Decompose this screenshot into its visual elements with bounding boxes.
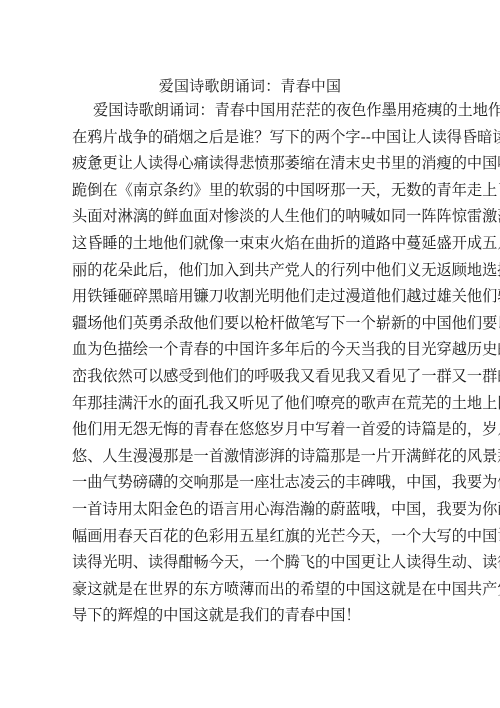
body-line: 丽的花朵此后，他们加入到共产党人的行列中他们义无返顾地选择了 [72, 257, 428, 284]
body-line: 读得光明、读得酣畅今天，一个腾飞的中国更让人读得生动、读得自 [72, 549, 428, 576]
body-line: 幅画用春天百花的色彩用五星红旗的光芒今天，一个大写的中国让人 [72, 523, 428, 550]
document-page: 爱国诗歌朗诵词：青春中国 爱国诗歌朗诵词：青春中国用茫茫的夜色作墨用疮痍的土地作… [0, 0, 500, 708]
body-line: 头面对淋漓的鲜血面对惨淡的人生他们的呐喊如同一阵阵惊雷激荡着 [72, 203, 428, 230]
document-title: 爱国诗歌朗诵词：青春中国 [0, 76, 500, 96]
body-line: 年那挂满汗水的面孔我又听见了他们嘹亮的歌声在荒芜的土地上回荡 [72, 390, 428, 417]
body-line: 疆场他们英勇杀敌他们要以枪杆做笔写下一个崭新的中国他们要以热 [72, 310, 428, 337]
body-line: 用铁锤砸碎黑暗用镰刀收割光明他们走过漫道他们越过雄关他们驰骋 [72, 283, 428, 310]
body-line: 豪这就是在世界的东方喷薄而出的希望的中国这就是在中国共产党领 [72, 576, 428, 603]
document-body: 爱国诗歌朗诵词：青春中国用茫茫的夜色作墨用疮痍的土地作纸 在鸦片战争的硝烟之后是… [72, 97, 428, 629]
body-line: 这昏睡的土地他们就像一束束火焰在曲折的道路中蔓延盛开成五月绚 [72, 230, 428, 257]
body-line: 悠、人生漫漫那是一首激情澎湃的诗篇那是一片开满鲜花的风景那是 [72, 443, 428, 470]
body-line: 一曲气势磅礴的交响那是一座壮志凌云的丰碑哦，中国，我要为你写 [72, 469, 428, 496]
body-line: 他们用无怨无悔的青春在悠悠岁月中写着一首爱的诗篇是的，岁月悠 [72, 416, 428, 443]
body-line: 在鸦片战争的硝烟之后是谁？写下的两个字--中国让人读得昏暗读得 [72, 124, 428, 151]
body-line: 爱国诗歌朗诵词：青春中国用茫茫的夜色作墨用疮痍的土地作纸 [72, 97, 428, 124]
body-line: 峦我依然可以感受到他们的呼吸我又看见我又看见了一群又一群的青 [72, 363, 428, 390]
body-line: 导下的辉煌的中国这就是我们的青春中国！ [72, 602, 428, 629]
body-line: 疲惫更让人读得心痛读得悲愤那萎缩在清末史书里的消瘦的中国呀那 [72, 150, 428, 177]
body-line: 血为色描绘一个青春的中国许多年后的今天当我的目光穿越历史的峰 [72, 336, 428, 363]
body-line: 一首诗用太阳金色的语言用心海浩瀚的蔚蓝哦，中国，我要为你画一 [72, 496, 428, 523]
body-line: 跪倒在《南京条约》里的软弱的中国呀那一天，无数的青年走上了街 [72, 177, 428, 204]
